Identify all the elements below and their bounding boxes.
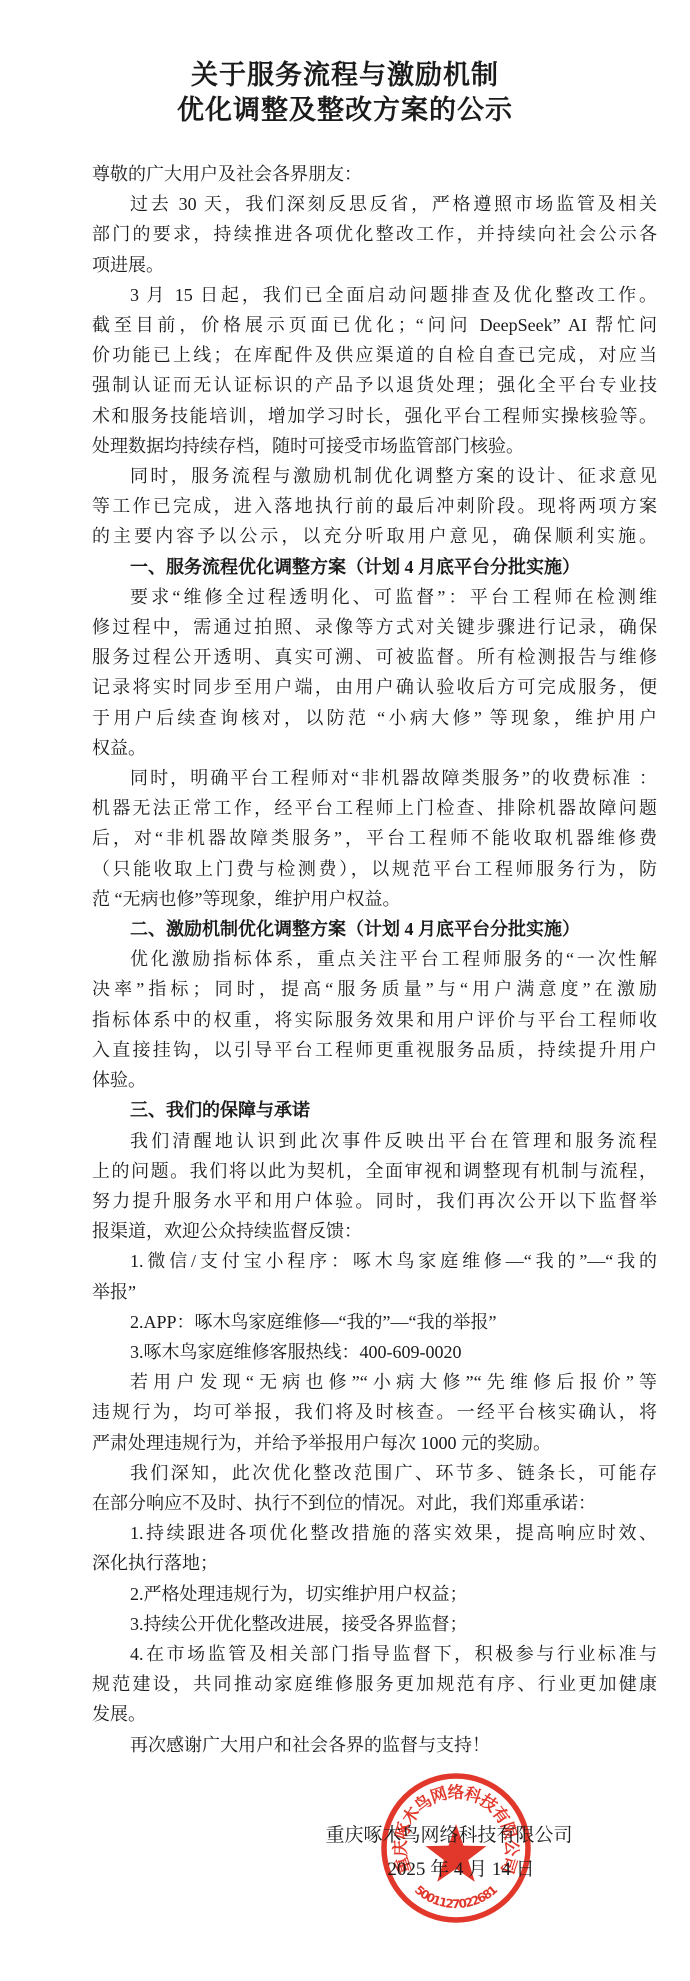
text-line: 我们深知，此次优化整改范围广、环节多、链条长，可能存 (92, 1458, 657, 1488)
text-line: 要求“维修全过程透明化、可监督”：平台工程师在检测维 (92, 582, 657, 612)
signature-date: 2025 年 4 月 14 日 (387, 1857, 534, 1883)
text-line: 权益。 (92, 733, 657, 763)
paragraph: 2.APP：啄木鸟家庭维修—“我的”—“我的举报” (92, 1307, 657, 1337)
text-line: 决率”指标；同时，提高“服务质量”与“用户满意度”在激励 (92, 974, 657, 1004)
text-line: 后，对“非机器故障类服务”，平台工程师不能收取机器维修费 (92, 823, 657, 853)
section-heading: 二、激励机制优化调整方案（计划 4 月底平台分批实施） (92, 914, 657, 944)
text-line: 范 “无病也修”等现象，维护用户权益。 (92, 884, 657, 914)
paragraph: 过去 30 天，我们深刻反思反省，严格遵照市场监管及相关部门的要求，持续推进各项… (92, 189, 657, 280)
text-line: 发展。 (92, 1699, 657, 1729)
text-line: 3 月 15 日起，我们已全面启动问题排查及优化整改工作。 (92, 280, 657, 310)
seal-number: 5001127022681 (412, 1882, 501, 1911)
text-line: 服务过程公开透明、真实可溯、可被监督。所有检测报告与维修 (92, 642, 657, 672)
text-line: 强制认证而无认证标识的产品予以退货处理；强化全平台专业技 (92, 370, 657, 400)
text-line: 截至目前，价格展示页面已优化；“问问 DeepSeek” AI 帮忙问 (92, 310, 657, 340)
text-line: 上的问题。我们将以此为契机，全面审视和调整现有机制与流程， (92, 1156, 657, 1186)
paragraph: 我们清醒地认识到此次事件反映出平台在管理和服务流程上的问题。我们将以此为契机，全… (92, 1126, 657, 1247)
paragraph: 三、我们的保障与承诺 (92, 1095, 657, 1125)
text-line: 同时，服务流程与激励机制优化调整方案的设计、征求意见 (92, 461, 657, 491)
text-line: 等工作已完成，进入落地执行前的最后冲刺阶段。现将两项方案 (92, 491, 657, 521)
paragraph: 我们深知，此次优化整改范围广、环节多、链条长，可能存在部分响应不及时、执行不到位… (92, 1458, 657, 1518)
paragraph: 3.持续公开优化整改进展，接受各界监督； (92, 1609, 657, 1639)
text-line: 价功能已上线；在库配件及供应渠道的自检自查已完成，对应当 (92, 340, 657, 370)
svg-text:5001127022681: 5001127022681 (412, 1882, 501, 1911)
text-line: 我们清醒地认识到此次事件反映出平台在管理和服务流程 (92, 1126, 657, 1156)
text-line: 处理数据均持续存档，随时可接受市场监管部门核验。 (92, 431, 657, 461)
paragraph: 1.微信/支付宝小程序：啄木鸟家庭维修—“我的”—“我的举报” (92, 1246, 657, 1306)
text-line: 修过程中，需通过拍照、录像等方式对关键步骤进行记录，确保 (92, 612, 657, 642)
paragraph: 优化激励指标体系，重点关注平台工程师服务的“一次性解决率”指标；同时，提高“服务… (92, 944, 657, 1095)
paragraph: 4.在市场监管及相关部门指导监督下，积极参与行业标准与规范建设，共同推动家庭维修… (92, 1639, 657, 1730)
text-line: 深化执行落地； (92, 1548, 657, 1578)
text-line: 严肃处理违规行为，并给予举报用户每次 1000 元的奖励。 (92, 1428, 657, 1458)
paragraph: 同时，明确平台工程师对“非机器故障类服务”的收费标准 ：机器无法正常工作，经平台… (92, 763, 657, 914)
text-line: 2.严格处理违规行为，切实维护用户权益； (92, 1579, 657, 1609)
text-line: 术和服务技能培训，增加学习时长，强化平台工程师实操核验等。 (92, 401, 657, 431)
section-heading: 三、我们的保障与承诺 (92, 1095, 657, 1125)
text-line: 项进展。 (92, 250, 657, 280)
text-line: 报渠道，欢迎公众持续监督反馈： (92, 1216, 657, 1246)
paragraph: 一、服务流程优化调整方案（计划 4 月底平台分批实施） (92, 552, 657, 582)
text-line: （只能收取上门费与检测费），以规范平台工程师服务行为，防 (92, 854, 657, 884)
paragraph: 二、激励机制优化调整方案（计划 4 月底平台分批实施） (92, 914, 657, 944)
text-line: 1.微信/支付宝小程序：啄木鸟家庭维修—“我的”—“我的 (92, 1246, 657, 1276)
text-line: 尊敬的广大用户及社会各界朋友： (92, 159, 657, 189)
text-line: 努力提升服务水平和用户体验。同时，我们再次公开以下监督举 (92, 1186, 657, 1216)
paragraph: 要求“维修全过程透明化、可监督”：平台工程师在检测维修过程中，需通过拍照、录像等… (92, 582, 657, 763)
text-line: 3.持续公开优化整改进展，接受各界监督； (92, 1609, 657, 1639)
text-line: 优化激励指标体系，重点关注平台工程师服务的“一次性解 (92, 944, 657, 974)
paragraph: 3.啄木鸟家庭维修客服热线：400-609-0020 (92, 1337, 657, 1367)
text-line: 指标体系中的权重，将实际服务效果和用户评价与平台工程师收 (92, 1005, 657, 1035)
paragraph: 1.持续跟进各项优化整改措施的落实效果，提高响应时效、深化执行落地； (92, 1518, 657, 1578)
section-heading: 一、服务流程优化调整方案（计划 4 月底平台分批实施） (92, 552, 657, 582)
text-line: 2.APP：啄木鸟家庭维修—“我的”—“我的举报” (92, 1307, 657, 1337)
document-body: 尊敬的广大用户及社会各界朋友：过去 30 天，我们深刻反思反省，严格遵照市场监管… (92, 159, 657, 1760)
paragraph: 3 月 15 日起，我们已全面启动问题排查及优化整改工作。截至目前，价格展示页面… (92, 280, 657, 461)
text-line: 机器无法正常工作，经平台工程师上门检查、排除机器故障问题 (92, 793, 657, 823)
text-line: 部门的要求，持续推进各项优化整改工作，并持续向社会公示各 (92, 219, 657, 249)
text-line: 同时，明确平台工程师对“非机器故障类服务”的收费标准 ： (92, 763, 657, 793)
text-line: 在部分响应不及时、执行不到位的情况。对此，我们郑重承诺： (92, 1488, 657, 1518)
paragraph: 若用户发现“无病也修”“小病大修”“先维修后报价”等违规行为，均可举报，我们将及… (92, 1367, 657, 1458)
text-line: 入直接挂钩，以引导平台工程师更重视服务品质，持续提升用户 (92, 1035, 657, 1065)
document-title-line-1: 关于服务流程与激励机制 (0, 58, 690, 93)
paragraph: 同时，服务流程与激励机制优化调整方案的设计、征求意见等工作已完成，进入落地执行前… (92, 461, 657, 552)
document-title-line-2: 优化调整及整改方案的公示 (0, 93, 690, 128)
paragraph: 尊敬的广大用户及社会各界朋友： (92, 159, 657, 189)
text-line: 举报” (92, 1277, 657, 1307)
text-line: 体验。 (92, 1065, 657, 1095)
text-line: 过去 30 天，我们深刻反思反省，严格遵照市场监管及相关 (92, 189, 657, 219)
announcement-document: 关于服务流程与激励机制 优化调整及整改方案的公示 尊敬的广大用户及社会各界朋友：… (0, 0, 690, 1981)
text-line: 于用户后续查询核对，以防范 “小病大修” 等现象，维护用户 (92, 703, 657, 733)
document-title: 关于服务流程与激励机制 优化调整及整改方案的公示 (0, 58, 690, 128)
text-line: 1.持续跟进各项优化整改措施的落实效果，提高响应时效、 (92, 1518, 657, 1548)
text-line: 若用户发现“无病也修”“小病大修”“先维修后报价”等 (92, 1367, 657, 1397)
text-line: 的主要内容予以公示，以充分听取用户意见，确保顺利实施。 (92, 521, 657, 551)
text-line: 违规行为，均可举报，我们将及时核查。一经平台核实确认，将 (92, 1397, 657, 1427)
paragraph: 再次感谢广大用户和社会各界的监督与支持！ (92, 1730, 657, 1760)
text-line: 3.啄木鸟家庭维修客服热线：400-609-0020 (92, 1337, 657, 1367)
text-line: 规范建设，共同推动家庭维修服务更加规范有序、行业更加健康 (92, 1669, 657, 1699)
text-line: 再次感谢广大用户和社会各界的监督与支持！ (92, 1730, 657, 1760)
text-line: 4.在市场监管及相关部门指导监督下，积极参与行业标准与 (92, 1639, 657, 1669)
paragraph: 2.严格处理违规行为，切实维护用户权益； (92, 1579, 657, 1609)
signature-company: 重庆啄木鸟网络科技有限公司 (325, 1823, 572, 1849)
text-line: 记录将实时同步至用户端，由用户确认验收后方可完成服务，便 (92, 672, 657, 702)
